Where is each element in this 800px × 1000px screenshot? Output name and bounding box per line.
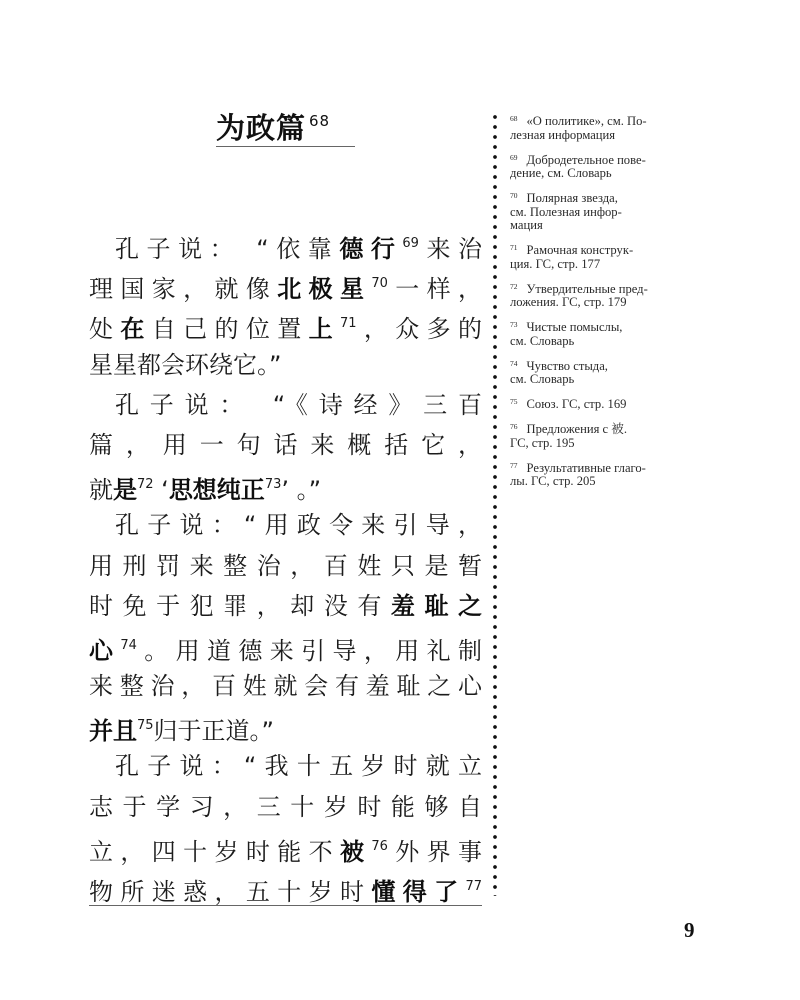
text-line: 心74。用道德来引导，用礼制 [89, 626, 482, 666]
footnote-item: 76Предложения с 被.ГС, стр. 195 [510, 420, 700, 450]
text-segment: ，众多的 [357, 315, 482, 343]
footnotes-column: 68«О политике», см. По-лезная информация… [510, 112, 700, 497]
footnote-ref: 70 [371, 276, 388, 291]
footnote-text: см. Словарь [510, 334, 574, 348]
text-line: 处在自己的位置上71，众多的 [89, 304, 482, 344]
footnote-line: 71Рамочная конструк- [510, 241, 700, 258]
text-line: 立，四十岁时能不被76外界事 [89, 827, 482, 867]
text-segment: 孔子说：“用政令来引导， [115, 511, 482, 539]
footnote-text: мация [510, 218, 543, 232]
text-segment: 来整治，百姓就会有羞耻之心 [89, 672, 482, 700]
footnote-number: 73 [510, 320, 518, 329]
footnote-text: Предложения с 被. [527, 422, 628, 436]
footnote-ref: 77 [465, 879, 482, 894]
title-underline [216, 146, 355, 147]
bold-term: 思想纯正 [169, 476, 265, 504]
footnote-ref: 72 [137, 477, 154, 492]
footnote-item: 72Утвердительные пред-ложения. ГС, стр. … [510, 280, 700, 310]
footnote-item: 68«О политике», см. По-лезная информация [510, 112, 700, 142]
footnote-text: см. Полезная инфор- [510, 205, 622, 219]
footnote-number: 75 [510, 397, 518, 406]
text-segment: 志于学习，三十岁时能够自 [89, 793, 482, 821]
footnote-text: Чувство стыда, [527, 359, 608, 373]
dotted-column-separator [493, 112, 497, 896]
bold-term: 懂得了 [371, 878, 465, 906]
text-segment: 就 [89, 476, 113, 504]
footnote-number: 68 [510, 114, 518, 123]
text-line: 篇，用一句话来概括它， [89, 425, 482, 465]
text-line: 孔子说：“用政令来引导， [89, 505, 482, 545]
footnote-line: 70Полярная звезда, [510, 189, 700, 206]
footnote-line: 75Союз. ГС, стр. 169 [510, 395, 700, 412]
footnote-number: 76 [510, 422, 518, 431]
footnote-number: 69 [510, 153, 518, 162]
text-line: 用刑罚来整治，百姓只是暂 [89, 546, 482, 586]
footnote-line: 76Предложения с 被. [510, 420, 700, 437]
main-text: 孔子说： “依靠德行69来治理国家，就像北极星70一样，处在自己的位置上71，众… [89, 224, 482, 907]
text-line: 孔子说：“我十五岁时就立 [89, 746, 482, 786]
footnote-text: Рамочная конструк- [527, 243, 634, 257]
footnote-text: лы. ГС, стр. 205 [510, 474, 596, 488]
footnote-text: ложения. ГС, стр. 179 [510, 295, 627, 309]
page-number: 9 [684, 918, 695, 943]
text-line: 就是72 ‘思想纯正73’ 。” [89, 465, 482, 505]
footnote-text: Чистые помыслы, [527, 320, 623, 334]
footnote-line: 69Добродетельное пове- [510, 151, 700, 168]
text-segment: 孔子说： “依靠 [115, 235, 339, 263]
chapter-title: 为政篇68 [216, 106, 356, 146]
text-line: 并且75归于正道。” [89, 706, 482, 746]
footnote-ref: 71 [340, 316, 357, 331]
text-segment: 来治 [419, 235, 482, 263]
footnote-text: Полярная звезда, [527, 191, 618, 205]
footnote-line: см. Словарь [510, 373, 700, 387]
footnote-number: 71 [510, 243, 518, 252]
footnote-text: лезная информация [510, 128, 615, 142]
footnote-line: 68«О политике», см. По- [510, 112, 700, 129]
footnote-number: 72 [510, 282, 518, 291]
footnote-text: см. Словарь [510, 372, 574, 386]
text-line: 时免于犯罪，却没有羞耻之 [89, 586, 482, 626]
footnote-item: 70Полярная звезда,см. Полезная инфор-мац… [510, 189, 700, 233]
footnote-text: ция. ГС, стр. 177 [510, 257, 600, 271]
text-line: 理国家，就像北极星70一样， [89, 264, 482, 304]
footnote-number: 70 [510, 191, 518, 200]
footnote-line: см. Полезная инфор- [510, 206, 700, 220]
footnote-line: ция. ГС, стр. 177 [510, 258, 700, 272]
text-segment: 孔子说：“我十五岁时就立 [115, 752, 482, 780]
text-segment: 用刑罚来整治，百姓只是暂 [89, 552, 482, 580]
text-segment: 。用道德来引导，用礼制 [137, 637, 482, 665]
text-segment: 处 [89, 315, 120, 343]
footnote-line: мация [510, 219, 700, 233]
footnote-line: ГС, стр. 195 [510, 437, 700, 451]
footnote-line: см. Словарь [510, 335, 700, 349]
bold-term: 被 [340, 838, 371, 866]
footnote-number: 77 [510, 461, 518, 470]
text-line: 志于学习，三十岁时能够自 [89, 787, 482, 827]
bold-term: 北极星 [277, 275, 371, 303]
footnote-line: лы. ГС, стр. 205 [510, 475, 700, 489]
chapter-title-note-ref: 68 [309, 112, 330, 130]
footnote-item: 77Результативные глаго-лы. ГС, стр. 205 [510, 459, 700, 489]
text-segment: ‘ [154, 476, 169, 504]
footnote-ref: 75 [137, 718, 154, 733]
footnote-text: «О политике», см. По- [527, 114, 647, 128]
text-segment: 一样， [388, 275, 482, 303]
footnote-ref: 73 [265, 477, 282, 492]
footnote-text: Утвердительные пред- [527, 282, 648, 296]
footnote-ref: 69 [402, 236, 419, 251]
chapter-title-text: 为政篇 [216, 111, 306, 145]
text-segment: 孔子说： “《诗经》三百 [115, 391, 482, 419]
bold-term: 德行 [339, 235, 402, 263]
text-segment: 理国家，就像 [89, 275, 277, 303]
footnote-item: 74Чувство стыда,см. Словарь [510, 357, 700, 387]
footnote-text: дение, см. Словарь [510, 166, 612, 180]
text-segment: 篇，用一句话来概括它， [89, 431, 482, 459]
text-line: 星星都会环绕它。” [89, 345, 482, 385]
bold-term: 上 [309, 315, 340, 343]
text-segment: 立，四十岁时能不 [89, 838, 340, 866]
footnote-ref: 74 [120, 638, 137, 653]
footnote-text: Добродетельное пове- [527, 153, 646, 167]
footnote-text: Союз. ГС, стр. 169 [527, 397, 627, 411]
footnote-item: 73Чистые помыслы,см. Словарь [510, 318, 700, 348]
text-segment: 时免于犯罪，却没有 [89, 592, 391, 620]
footnote-line: дение, см. Словарь [510, 167, 700, 181]
text-segment: 物所迷惑，五十岁时 [89, 878, 371, 906]
text-segment: 归于正道。” [154, 717, 274, 745]
footnote-item: 75Союз. ГС, стр. 169 [510, 395, 700, 412]
footnote-item: 71Рамочная конструк-ция. ГС, стр. 177 [510, 241, 700, 271]
footnote-number: 74 [510, 359, 518, 368]
footnote-line: ложения. ГС, стр. 179 [510, 296, 700, 310]
footnote-line: 73Чистые помыслы, [510, 318, 700, 335]
bottom-rule [89, 905, 482, 906]
footnote-line: 72Утвердительные пред- [510, 280, 700, 297]
bold-term: 是 [113, 476, 137, 504]
bold-term: 并且 [89, 717, 137, 745]
footnote-text: Результативные глаго- [527, 461, 646, 475]
footnote-item: 69Добродетельное пове-дение, см. Словарь [510, 151, 700, 181]
bold-term: 心 [89, 637, 120, 665]
text-segment: 外界事 [388, 838, 482, 866]
footnote-line: 74Чувство стыда, [510, 357, 700, 374]
bold-term: 羞耻之 [391, 592, 482, 620]
footnote-text: ГС, стр. 195 [510, 436, 575, 450]
text-line: 孔子说： “依靠德行69来治 [89, 224, 482, 264]
bold-term: 在 [120, 315, 151, 343]
footnote-line: лезная информация [510, 129, 700, 143]
text-line: 来整治，百姓就会有羞耻之心 [89, 666, 482, 706]
text-segment: ’ 。” [281, 476, 321, 504]
footnote-ref: 76 [371, 839, 388, 854]
footnote-line: 77Результативные глаго- [510, 459, 700, 476]
text-line: 孔子说： “《诗经》三百 [89, 385, 482, 425]
text-segment: 星星都会环绕它。” [89, 351, 281, 379]
text-line: 物所迷惑，五十岁时懂得了77 [89, 867, 482, 907]
text-segment: 自己的位置 [152, 315, 309, 343]
